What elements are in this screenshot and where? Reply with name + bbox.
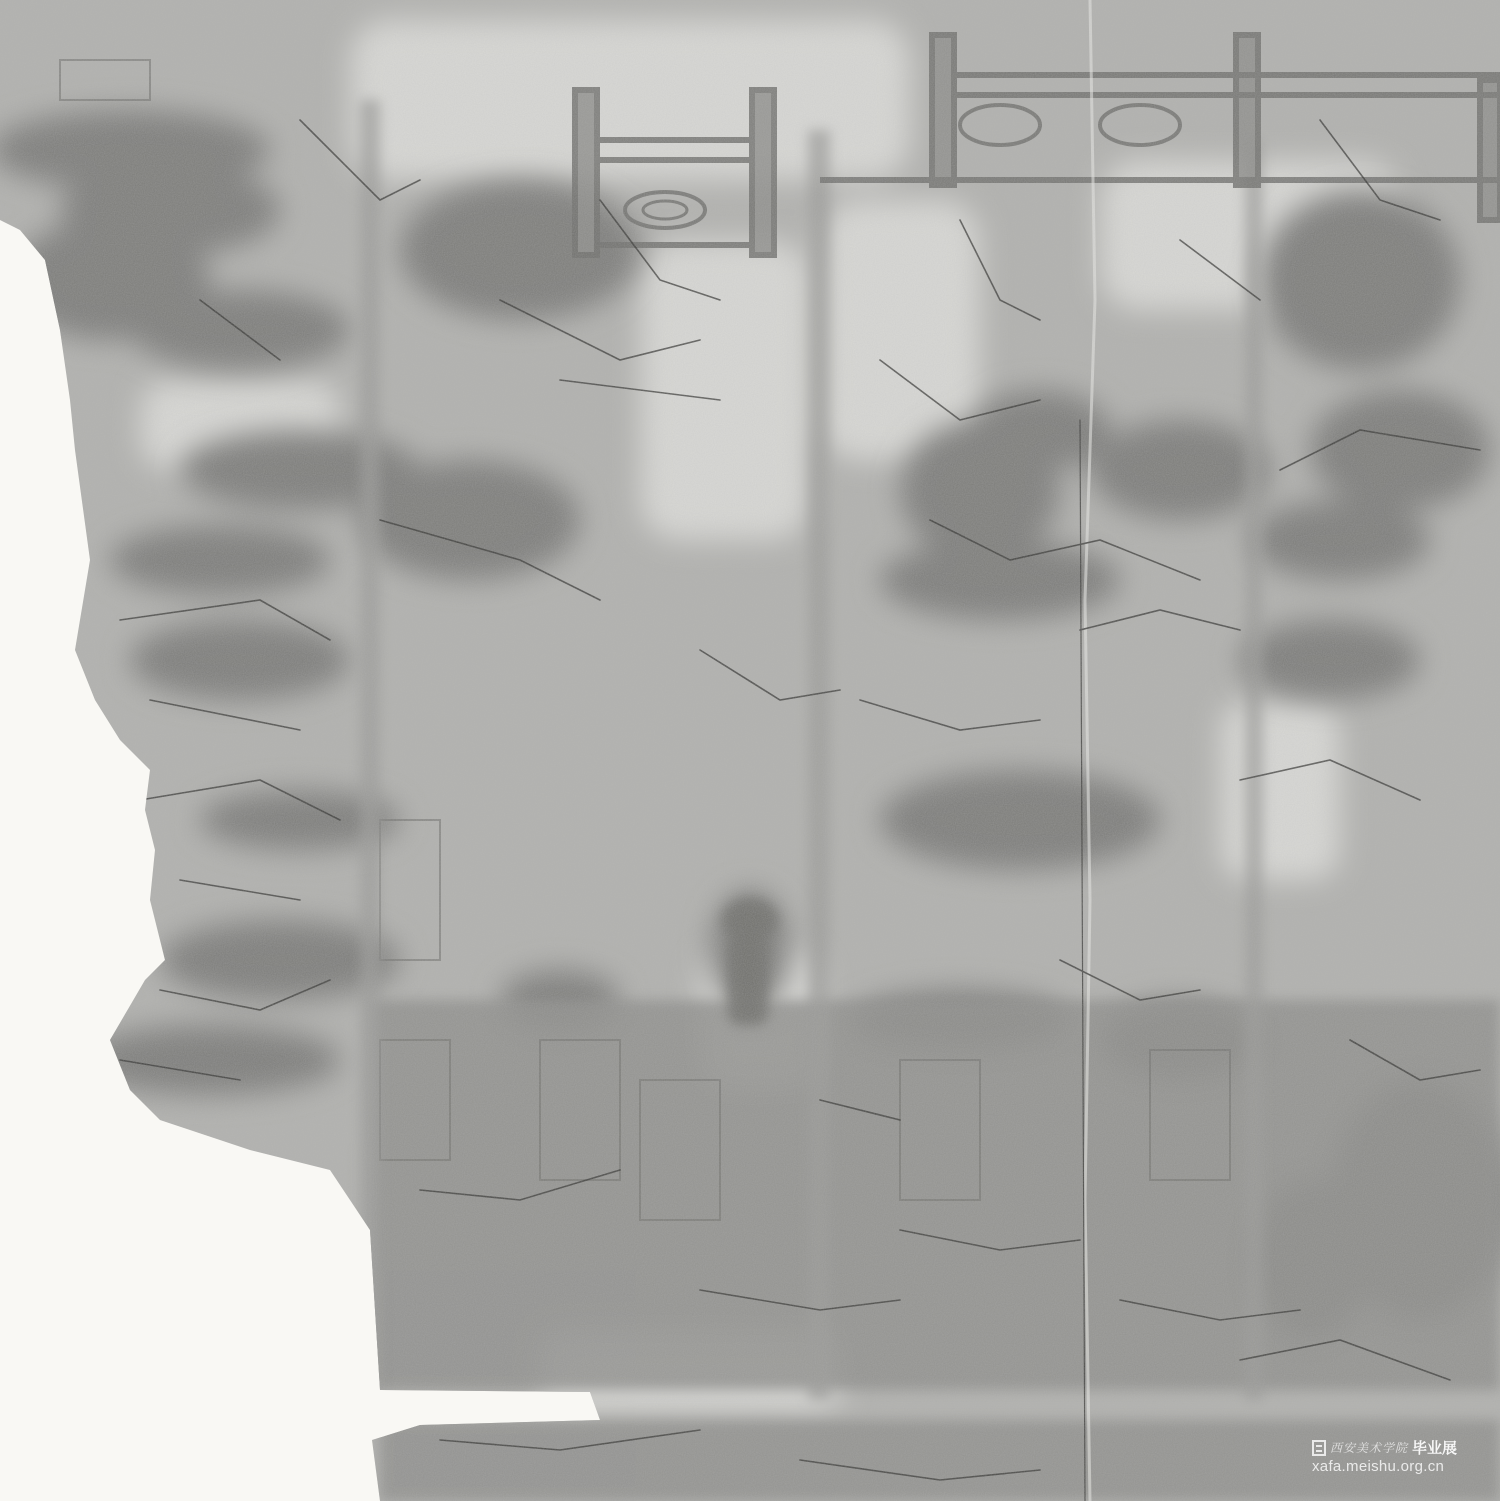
watermark-school-name: 西安美术学院 <box>1330 1442 1408 1454</box>
paper-grain <box>0 0 1500 1501</box>
watermark-event: 毕业展 <box>1412 1441 1457 1456</box>
school-logo-icon <box>1312 1440 1326 1456</box>
watermark-url: xafa.meishu.org.cn <box>1312 1459 1457 1474</box>
artwork-canvas <box>0 0 1500 1501</box>
watermark: 西安美术学院 毕业展 xafa.meishu.org.cn <box>1312 1440 1457 1474</box>
artwork-image <box>0 0 1500 1501</box>
